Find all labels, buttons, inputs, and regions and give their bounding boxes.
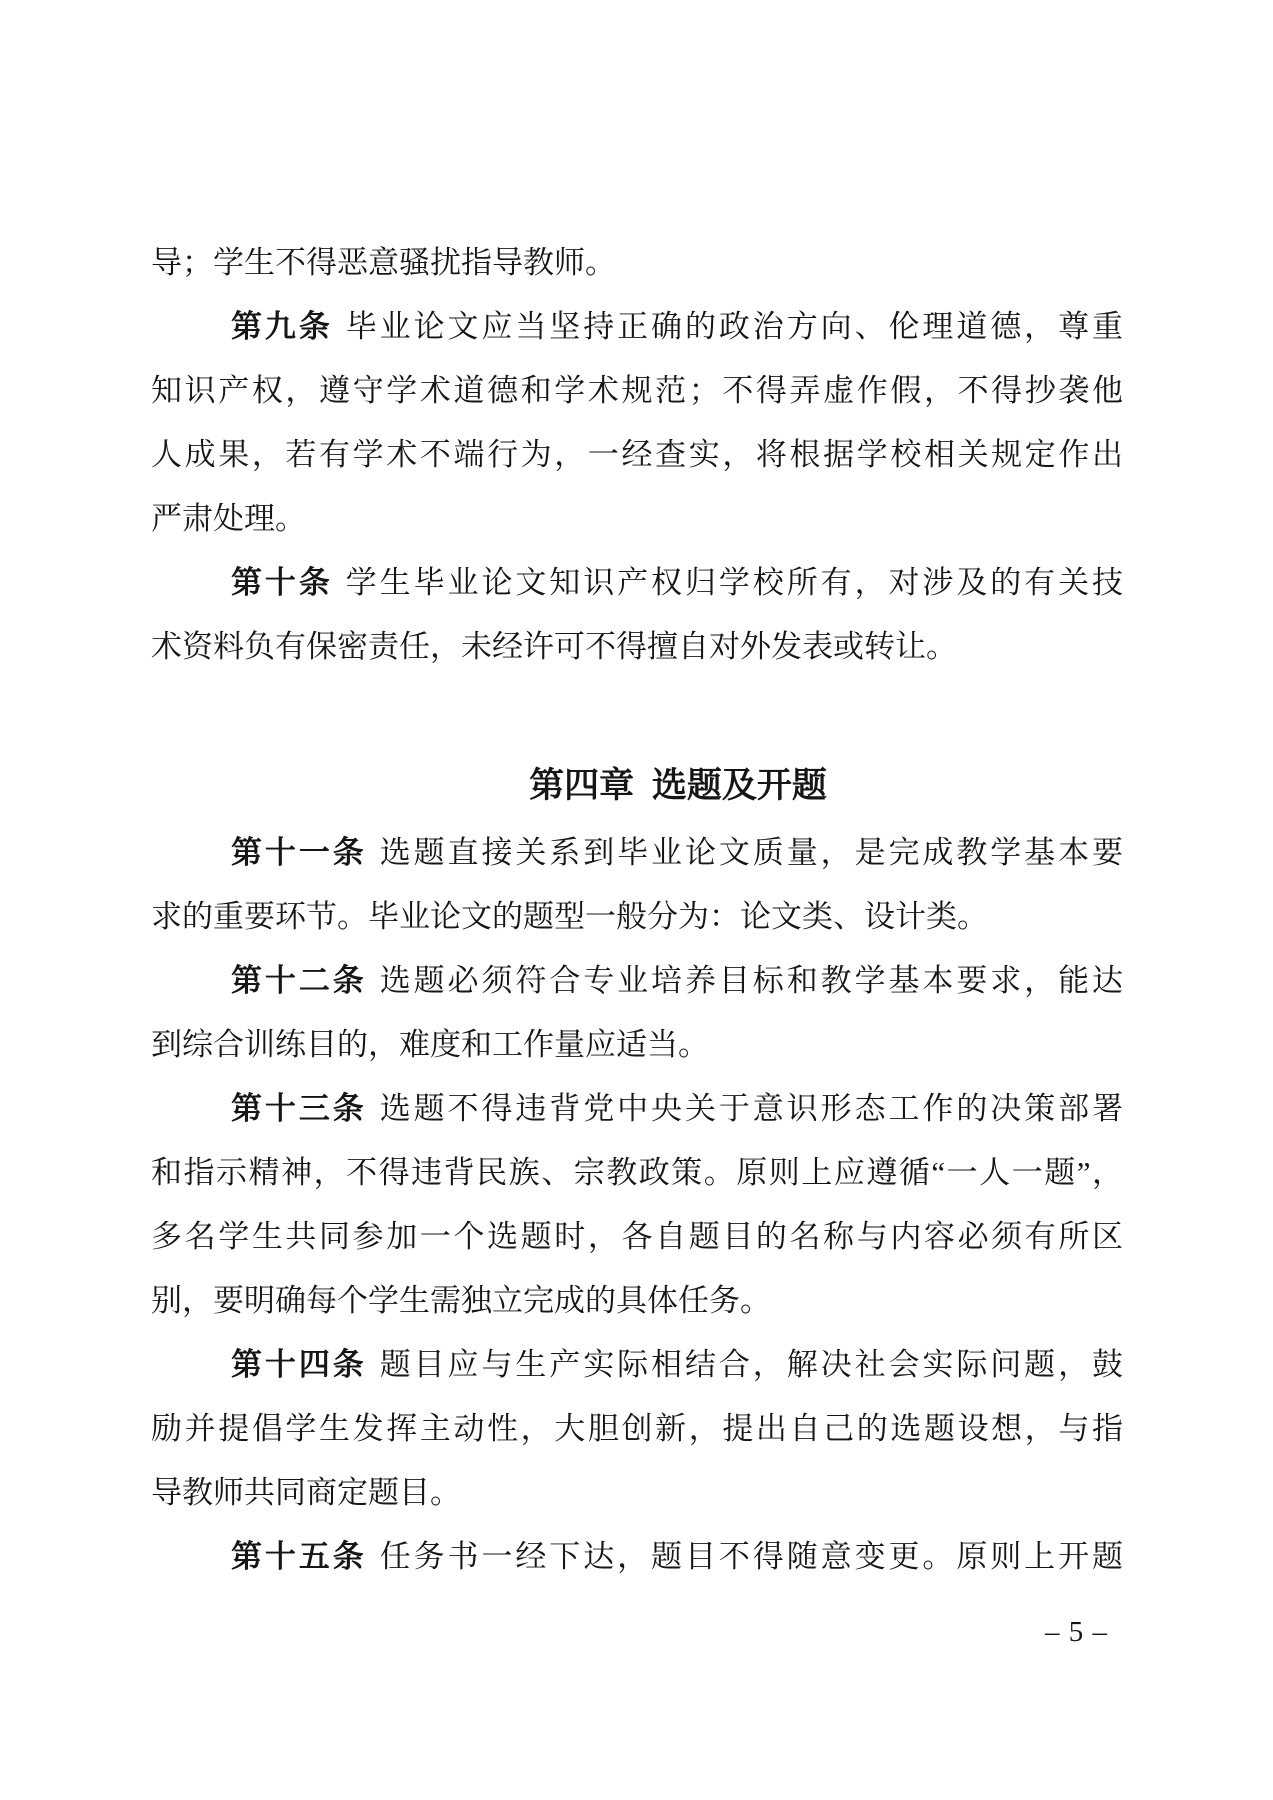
text-line: 严肃处理。 [151, 487, 1123, 551]
line-text: 励并提倡学生发挥主动性，大胆创新，提出自己的选题设想，与指 [151, 1411, 1123, 1446]
document-body: 导；学生不得恶意骚扰指导教师。 第九条毕业论文应当坚持正确的政治方向、伦理道德，… [151, 231, 1123, 1589]
line-text: 导；学生不得恶意骚扰指导教师。 [151, 245, 616, 280]
article-number-label: 第十条 [231, 565, 333, 600]
article-number-label: 第十三条 [231, 1091, 367, 1126]
article-number-label: 第九条 [231, 309, 333, 344]
text-line: 人成果，若有学术不端行为，一经查实，将根据学校相关规定作出 [151, 423, 1123, 487]
text-line: 到综合训练目的，难度和工作量应适当。 [151, 1013, 1123, 1077]
article-number-label: 第十四条 [231, 1347, 367, 1382]
line-text: 任务书一经下达，题目不得随意变更。原则上开题 [380, 1539, 1123, 1574]
text-line: 第十条学生毕业论文知识产权归学校所有，对涉及的有关技 [151, 551, 1123, 615]
line-text: 选题不得违背党中央关于意识形态工作的决策部署 [380, 1091, 1123, 1126]
line-text: 多名学生共同参加一个选题时，各自题目的名称与内容必须有所区 [151, 1219, 1123, 1254]
text-line: 第十一条选题直接关系到毕业论文质量，是完成教学基本要 [151, 821, 1123, 885]
text-line: 第十三条选题不得违背党中央关于意识形态工作的决策部署 [151, 1077, 1123, 1141]
line-text: 别，要明确每个学生需独立完成的具体任务。 [151, 1283, 771, 1318]
line-text: 术资料负有保密责任，未经许可不得擅自对外发表或转让。 [151, 629, 957, 664]
chapter-heading: 第四章 选题及开题 [192, 754, 1164, 818]
line-text: 到综合训练目的，难度和工作量应适当。 [151, 1027, 709, 1062]
page-number: – 5 – [1045, 1613, 1108, 1651]
article-number-label: 第十二条 [231, 963, 367, 998]
text-line: 术资料负有保密责任，未经许可不得擅自对外发表或转让。 [151, 615, 1123, 679]
line-text: 求的重要环节。毕业论文的题型一般分为：论文类、设计类。 [151, 899, 988, 934]
line-text: 严肃处理。 [151, 501, 306, 536]
text-line: 导教师共同商定题目。 [151, 1461, 1123, 1525]
line-text: 和指示精神，不得违背民族、宗教政策。原则上应遵循“一人一题”， [151, 1155, 1123, 1190]
article-number-label: 第十一条 [231, 835, 367, 870]
text-line: 第十二条选题必须符合专业培养目标和教学基本要求，能达 [151, 949, 1123, 1013]
line-text: 选题直接关系到毕业论文质量，是完成教学基本要 [380, 835, 1123, 870]
chapter-heading-text: 第四章 选题及开题 [529, 766, 827, 805]
text-line: 第十五条任务书一经下达，题目不得随意变更。原则上开题 [151, 1525, 1123, 1589]
line-text: 导教师共同商定题目。 [151, 1475, 461, 1510]
text-line: 知识产权，遵守学术道德和学术规范；不得弄虚作假，不得抄袭他 [151, 359, 1123, 423]
document-page: 导；学生不得恶意骚扰指导教师。 第九条毕业论文应当坚持正确的政治方向、伦理道德，… [0, 0, 1273, 1800]
text-line: 第九条毕业论文应当坚持正确的政治方向、伦理道德，尊重 [151, 295, 1123, 359]
text-line: 求的重要环节。毕业论文的题型一般分为：论文类、设计类。 [151, 885, 1123, 949]
text-line: 和指示精神，不得违背民族、宗教政策。原则上应遵循“一人一题”， [151, 1141, 1123, 1205]
line-text: 选题必须符合专业培养目标和教学基本要求，能达 [380, 963, 1123, 998]
line-text: 人成果，若有学术不端行为，一经查实，将根据学校相关规定作出 [151, 437, 1123, 472]
line-text: 学生毕业论文知识产权归学校所有，对涉及的有关技 [346, 565, 1123, 600]
text-line: 多名学生共同参加一个选题时，各自题目的名称与内容必须有所区 [151, 1205, 1123, 1269]
article-number-label: 第十五条 [231, 1539, 367, 1574]
line-text: 毕业论文应当坚持正确的政治方向、伦理道德，尊重 [346, 309, 1123, 344]
text-line: 导；学生不得恶意骚扰指导教师。 [151, 231, 1123, 295]
text-line: 别，要明确每个学生需独立完成的具体任务。 [151, 1269, 1123, 1333]
line-text: 知识产权，遵守学术道德和学术规范；不得弄虚作假，不得抄袭他 [151, 373, 1123, 408]
text-line: 励并提倡学生发挥主动性，大胆创新，提出自己的选题设想，与指 [151, 1397, 1123, 1461]
text-line: 第十四条题目应与生产实际相结合，解决社会实际问题，鼓 [151, 1333, 1123, 1397]
line-text: 题目应与生产实际相结合，解决社会实际问题，鼓 [380, 1347, 1123, 1382]
